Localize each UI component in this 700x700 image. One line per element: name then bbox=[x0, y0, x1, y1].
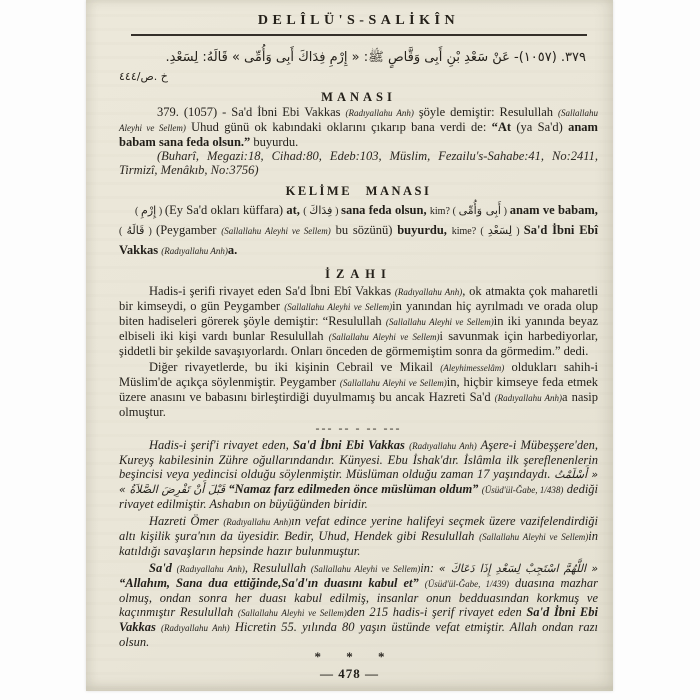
bio-paragraph-3: Sa'd (Radıyallahu Anh), Resulullah (Sall… bbox=[119, 561, 598, 649]
footer-stars: * * * bbox=[86, 650, 613, 663]
page-content: DELÎLÜ'S-SALİKÎN ٣٧٩. (١٠٥٧)- عَنْ سَعْد… bbox=[86, 0, 613, 649]
page-footer: * * * — 478 — bbox=[86, 650, 613, 682]
header-rule bbox=[131, 34, 587, 36]
heading-manasi: MANASI bbox=[119, 90, 598, 105]
heading-kelime-manasi: KELİME MANASI bbox=[119, 184, 598, 199]
hadith-margin-ref: خ .ص/٤٤٤ bbox=[119, 70, 598, 83]
manasi-paragraph: 379. (1057) - Sa'd İbni Ebi Vakkas (Radı… bbox=[119, 105, 598, 149]
kelime-manasi-paragraph: ( إِرْمِ ) (Ey Sa'd okları küffara) at, … bbox=[119, 201, 598, 261]
hadith-arabic-line: ٣٧٩. (١٠٥٧)- عَنْ سَعْدِ بْنِ أَبِى وَقَ… bbox=[119, 48, 598, 68]
izahi-paragraph-1: Hadis-i şerifi rivayet eden Sa'd İbni Eb… bbox=[119, 284, 598, 358]
bio-paragraph-2: Hazreti Ömer (Radıyallahu Anh)ın vefat e… bbox=[119, 514, 598, 558]
manasi-reference: (Buharî, Megazi:18, Cihad:80, Edeb:103, … bbox=[119, 149, 598, 177]
bio-paragraph-1: Hadis-i şerif'i rivayet eden, Sa'd İbni … bbox=[119, 438, 598, 511]
page-title: DELÎLÜ'S-SALİKÎN bbox=[119, 13, 598, 29]
izahi-paragraph-2: Diğer rivayetlerde, bu iki kişinin Cebra… bbox=[119, 360, 598, 419]
heading-izahi: İZAHI bbox=[119, 267, 598, 282]
section-divider: --- -- - -- --- bbox=[119, 422, 598, 435]
page-number: — 478 — bbox=[86, 666, 613, 682]
book-page: DELÎLÜ'S-SALİKÎN ٣٧٩. (١٠٥٧)- عَنْ سَعْد… bbox=[86, 0, 613, 691]
